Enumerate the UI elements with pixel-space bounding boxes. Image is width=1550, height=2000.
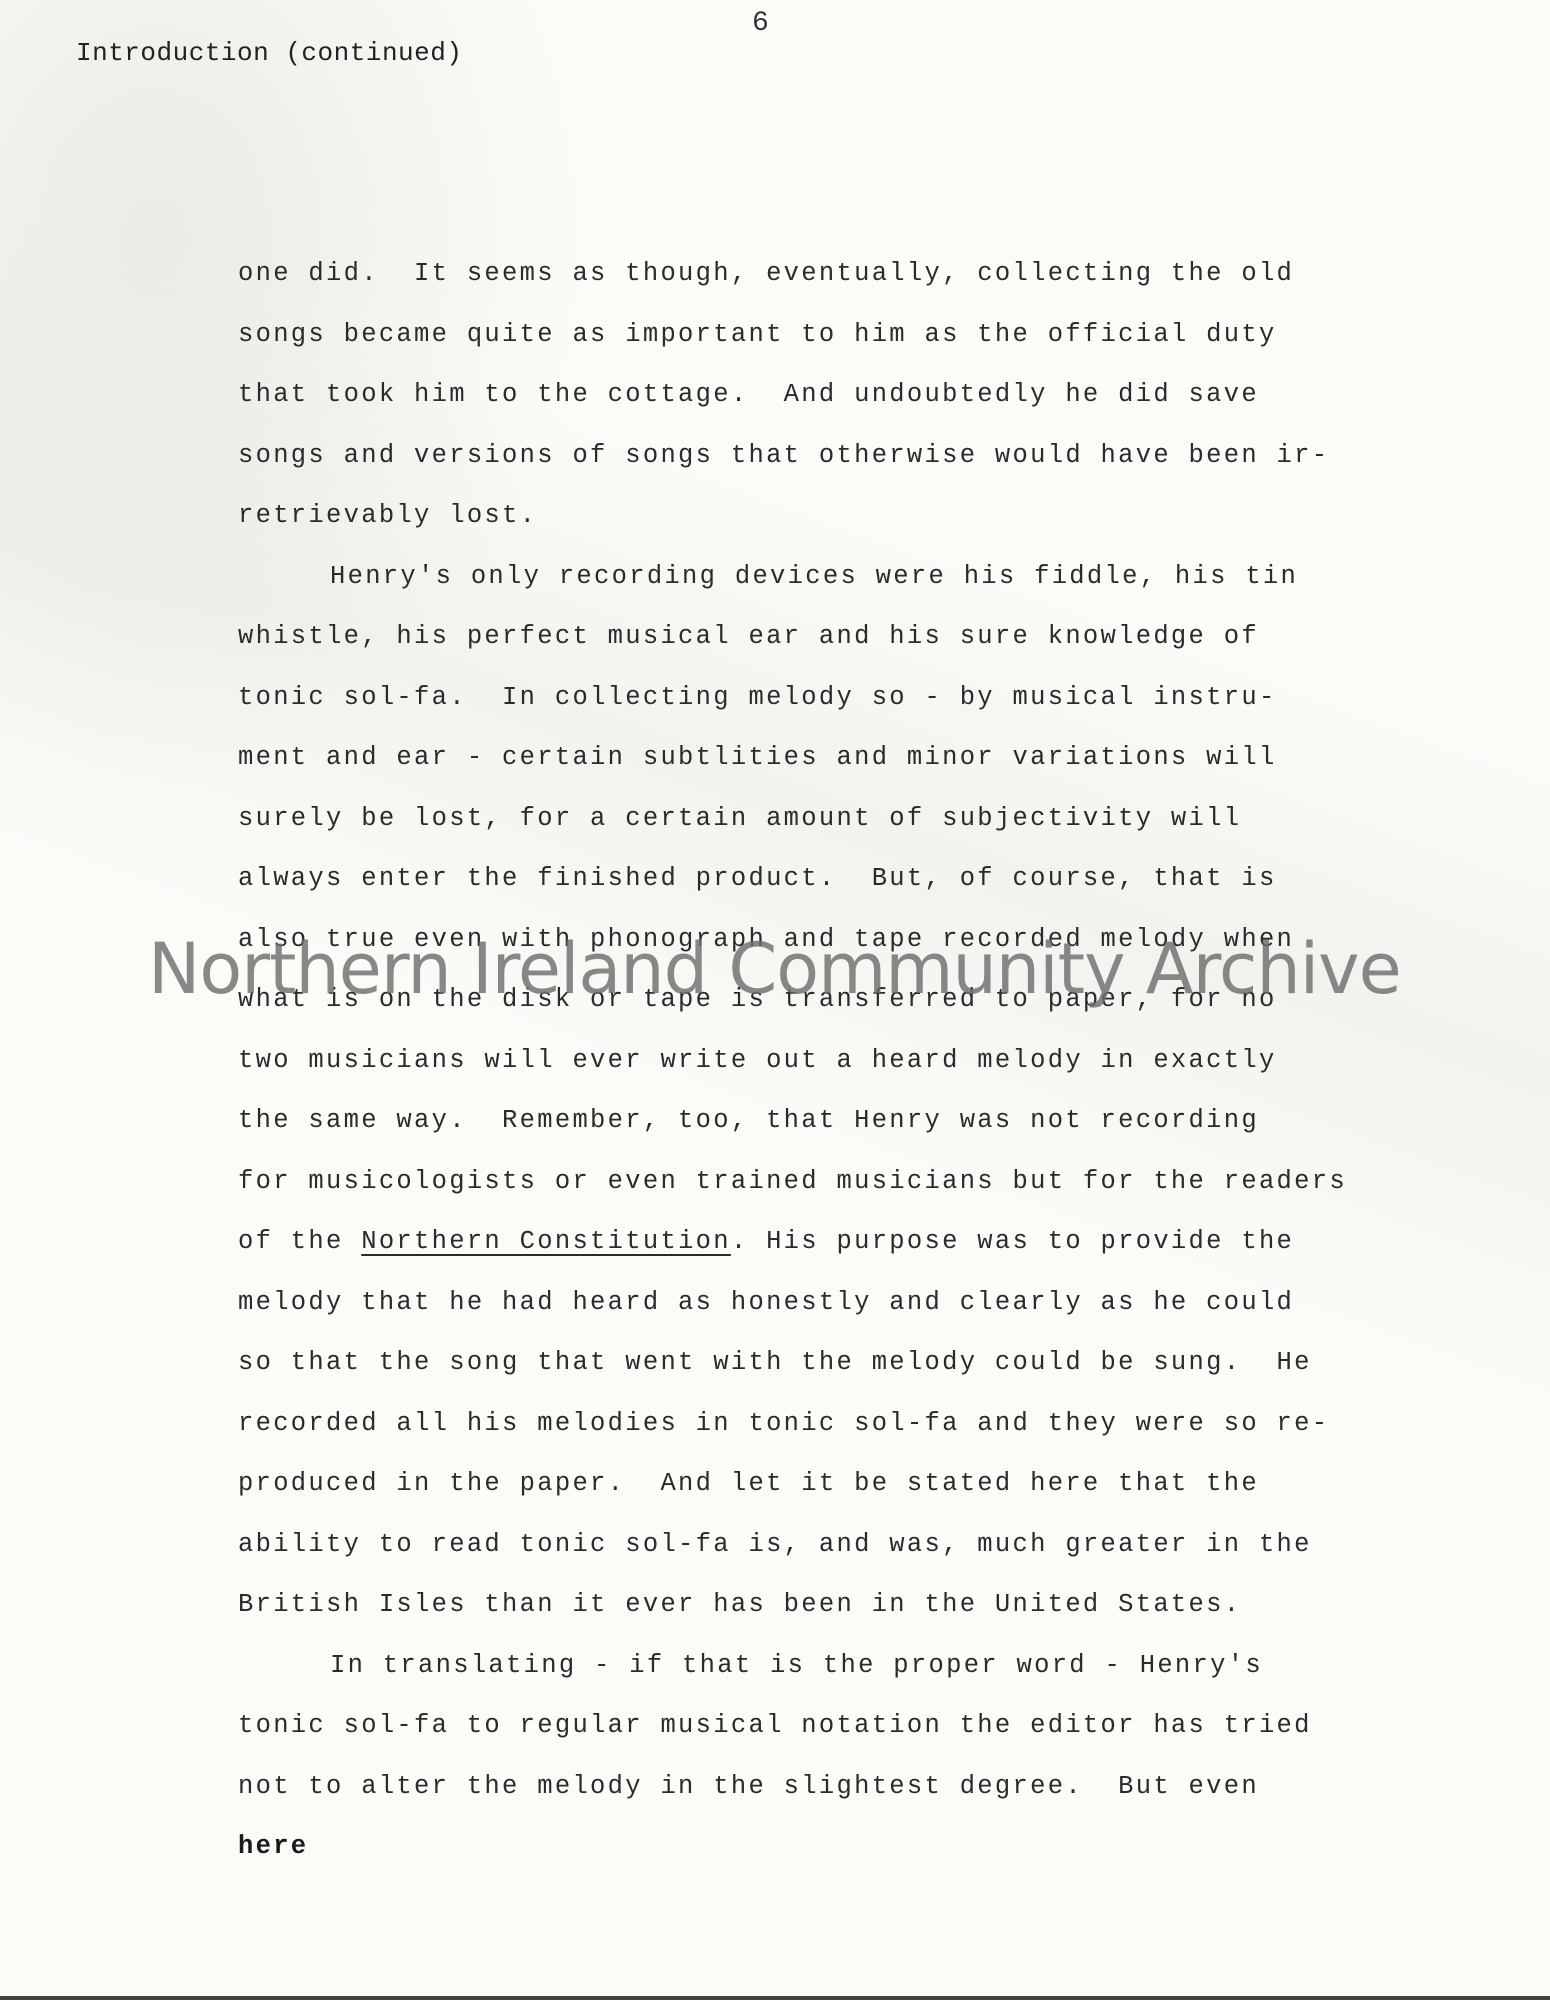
text-line: surely be lost, for a certain amount of … — [238, 797, 1388, 858]
newspaper-title-underlined: Northern Constitution — [361, 1227, 731, 1256]
text-line: two musicians will ever write out a hear… — [238, 1039, 1388, 1100]
running-header: Introduction (continued) — [76, 38, 462, 68]
text-line: tonic sol-fa to regular musical notation… — [238, 1704, 1388, 1765]
text-line: whistle, his perfect musical ear and his… — [238, 615, 1388, 676]
text-line: British Isles than it ever has been in t… — [238, 1583, 1388, 1644]
text-line: what is on the disk or tape is transferr… — [238, 978, 1388, 1039]
text-line: so that the song that went with the melo… — [238, 1341, 1388, 1402]
text-line: retrievably lost. — [238, 494, 1388, 555]
page-bottom-edge — [0, 1996, 1550, 2000]
text-line: that took him to the cottage. And undoub… — [238, 373, 1388, 434]
text-line: songs and versions of songs that otherwi… — [238, 434, 1388, 495]
text-line: tonic sol-fa. In collecting melody so - … — [238, 676, 1388, 737]
text-segment: . His purpose was to provide the — [731, 1227, 1294, 1256]
text-line: melody that he had heard as honestly and… — [238, 1281, 1388, 1342]
text-line: not to alter the melody in the slightest… — [238, 1765, 1388, 1826]
text-line: of the Northern Constitution. His purpos… — [238, 1220, 1388, 1281]
text-line: produced in the paper. And let it be sta… — [238, 1462, 1388, 1523]
text-line: here — [238, 1825, 1388, 1886]
text-line: one did. It seems as though, eventually,… — [238, 252, 1388, 313]
text-line: the same way. Remember, too, that Henry … — [238, 1099, 1388, 1160]
page-number: 6 — [752, 8, 769, 39]
text-line: In translating - if that is the proper w… — [238, 1644, 1388, 1705]
text-line: always enter the finished product. But, … — [238, 857, 1388, 918]
text-line: for musicologists or even trained musici… — [238, 1160, 1388, 1221]
text-line: ment and ear - certain subtlities and mi… — [238, 736, 1388, 797]
text-line: recorded all his melodies in tonic sol-f… — [238, 1402, 1388, 1463]
text-line: ability to read tonic sol-fa is, and was… — [238, 1523, 1388, 1584]
text-segment: of the — [238, 1227, 361, 1256]
text-line: Henry's only recording devices were his … — [238, 555, 1388, 616]
typed-body-text: one did. It seems as though, eventually,… — [238, 252, 1388, 1886]
text-line: also true even with phonograph and tape … — [238, 918, 1388, 979]
text-line: songs became quite as important to him a… — [238, 313, 1388, 374]
